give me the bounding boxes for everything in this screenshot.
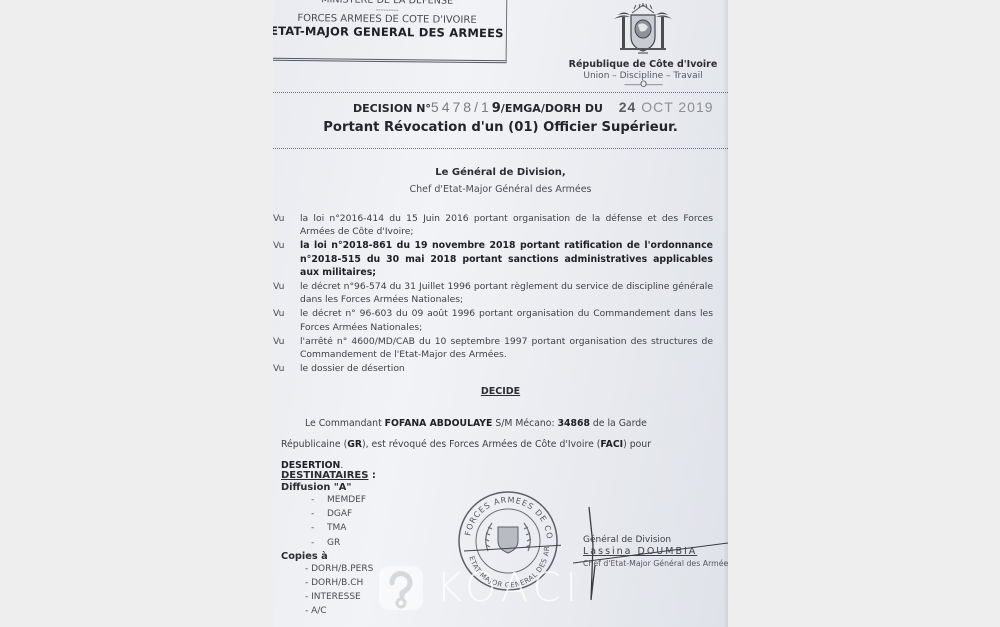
dotted-divider <box>273 92 728 93</box>
consideration-text: le décret n°96-574 du 31 Juillet 1996 po… <box>300 280 713 306</box>
koaci-watermark: KOACI <box>378 563 582 613</box>
signatory-position: Chef d'Etat-Major Général des Armées <box>583 559 728 568</box>
consideration-item: Vule décret n°96-574 du 31 Juillet 1996 … <box>273 280 713 306</box>
signatory-name: Lassina DOUMBIA <box>583 546 728 557</box>
authority-position: Chef d'Etat-Major Général des Armées <box>273 184 728 195</box>
officer-name: FOFANA ABDOULAYE <box>385 418 493 429</box>
watermark-text: KOACI <box>436 565 582 611</box>
motto-ornament: ——O—— <box>563 81 723 90</box>
matricule: 34868 <box>558 418 590 429</box>
consideration-label: Vu <box>273 335 300 361</box>
dotted-divider <box>273 148 728 149</box>
consideration-item: Vule décret n° 96-603 du 09 août 1996 po… <box>273 307 713 333</box>
koaci-logo-icon <box>378 565 424 611</box>
decision-label: DECISION N° <box>353 102 431 115</box>
country-name: République de Côte d'Ivoire <box>563 59 723 70</box>
diffusion-recipient: -GR <box>281 536 481 550</box>
decision-year: 9 <box>492 101 501 116</box>
consideration-text: la loi n°2016-414 du 15 Juin 2016 portan… <box>300 212 713 238</box>
consideration-label: Vu <box>273 307 300 333</box>
unit-code: GR <box>347 439 362 450</box>
authority-rank: Le Général de Division, <box>273 167 728 178</box>
date-stamp-rest: OCT 2019 <box>636 99 713 115</box>
staff-name: ETAT-MAJOR GENERAL DES ARMEES <box>273 24 506 40</box>
issuer-header-box: ETAT MINISTERE DE LA DEFENSE --------- F… <box>273 0 507 63</box>
copies-label: Copies à <box>281 551 481 562</box>
signature-block: Général de Division Lassina DOUMBIA Chef… <box>583 535 728 568</box>
date-stamp-day: 24 <box>619 99 637 115</box>
consideration-item: Vula loi n°2016-414 du 15 Juin 2016 port… <box>273 212 713 238</box>
recipients-heading: DESTINATAIRES <box>281 470 368 481</box>
consideration-item: Vule dossier de désertion <box>273 362 713 375</box>
diffusion-recipient: -MEMDEF <box>281 493 481 507</box>
consideration-label: Vu <box>273 362 300 375</box>
diffusion-label: Diffusion "A" <box>281 482 481 493</box>
signatory-rank: Général de Division <box>583 535 728 545</box>
republic-header: République de Côte d'Ivoire Union – Disc… <box>563 0 723 90</box>
consideration-text: le décret n° 96-603 du 09 août 1996 port… <box>300 307 713 333</box>
consideration-text: le dossier de désertion <box>300 362 713 375</box>
document-page: ETAT MINISTERE DE LA DEFENSE --------- F… <box>273 0 728 627</box>
considerations-list: Vula loi n°2016-414 du 15 Juin 2016 port… <box>273 212 713 376</box>
diffusion-recipient: -TMA <box>281 521 481 535</box>
consideration-label: Vu <box>273 280 300 306</box>
consideration-label: Vu <box>273 239 300 279</box>
consideration-label: Vu <box>273 212 300 238</box>
decision-body: Le Commandant FOFANA ABDOULAYE S/M Mécan… <box>281 413 691 476</box>
consideration-item: Vul'arrêté n° 4600/MD/CAB du 10 septembr… <box>273 335 713 361</box>
consideration-text: la loi n°2018-861 du 19 novembre 2018 po… <box>300 239 713 279</box>
consideration-item: Vula loi n°2018-861 du 19 novembre 2018 … <box>273 239 713 279</box>
decide-heading: DECIDE <box>273 386 728 397</box>
document-title: Portant Révocation d'un (01) Officier Su… <box>273 120 728 135</box>
decision-ref-code: /EMGA/DORH DU <box>501 102 603 115</box>
diffusion-list: -MEMDEF-DGAF-TMA-GR <box>281 493 481 550</box>
coat-of-arms-icon <box>608 3 678 57</box>
forces-code: FACI <box>600 439 623 450</box>
decision-reference: DECISION N°5478/19/EMGA/DORH DU 24 OCT 2… <box>353 99 728 116</box>
consideration-text: l'arrêté n° 4600/MD/CAB du 10 septembre … <box>300 335 713 361</box>
decision-number-stamp: 5478/1 <box>431 99 492 115</box>
diffusion-recipient: -DGAF <box>281 507 481 521</box>
